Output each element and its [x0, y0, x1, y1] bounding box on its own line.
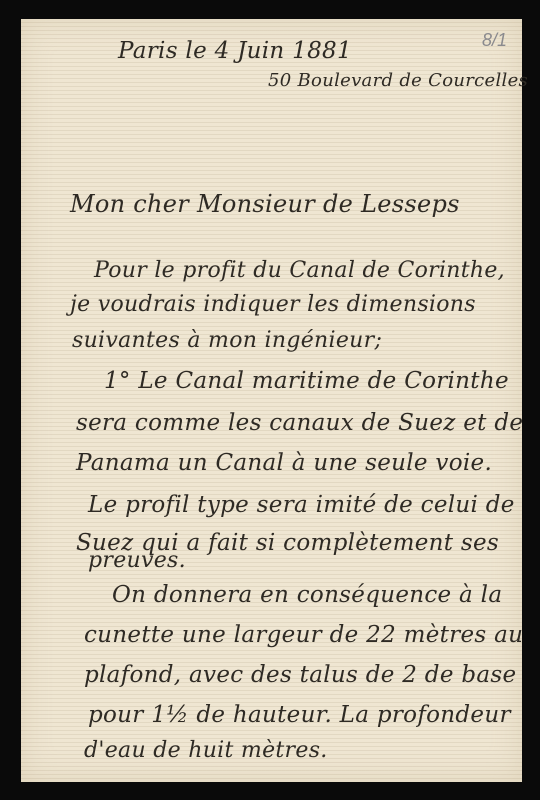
letter-line: suivantes à mon ingénieur; [72, 328, 382, 353]
letter-line: Le profil type sera imité de celui de [88, 492, 515, 518]
salutation: Mon cher Monsieur de Lesseps [70, 190, 460, 218]
place-date: Paris le 4 Juin 1881 [118, 38, 352, 64]
folio-number: 8/1 [482, 30, 507, 51]
letter-line: 1° Le Canal maritime de Corinthe [104, 368, 509, 394]
letter-line: plafond, avec des talus de 2 de base [84, 662, 516, 688]
letter-line: Panama un Canal à une seule voie. [76, 450, 492, 476]
letter-line: preuves. [88, 548, 186, 573]
letter-line: je voudrais indiquer les dimensions [70, 292, 476, 317]
letter-line: Pour le profit du Canal de Corinthe, [94, 258, 505, 283]
letter-line: d'eau de huit mètres. [84, 738, 328, 763]
letter-line: On donnera en conséquence à la [112, 582, 502, 608]
letter-line: cunette une largeur de 22 mètres au [84, 622, 523, 648]
letter-line: sera comme les canaux de Suez et de [76, 410, 523, 436]
letter-line: pour 1½ de hauteur. La profondeur [88, 702, 511, 728]
sender-address: 50 Boulevard de Courcelles [268, 70, 528, 91]
